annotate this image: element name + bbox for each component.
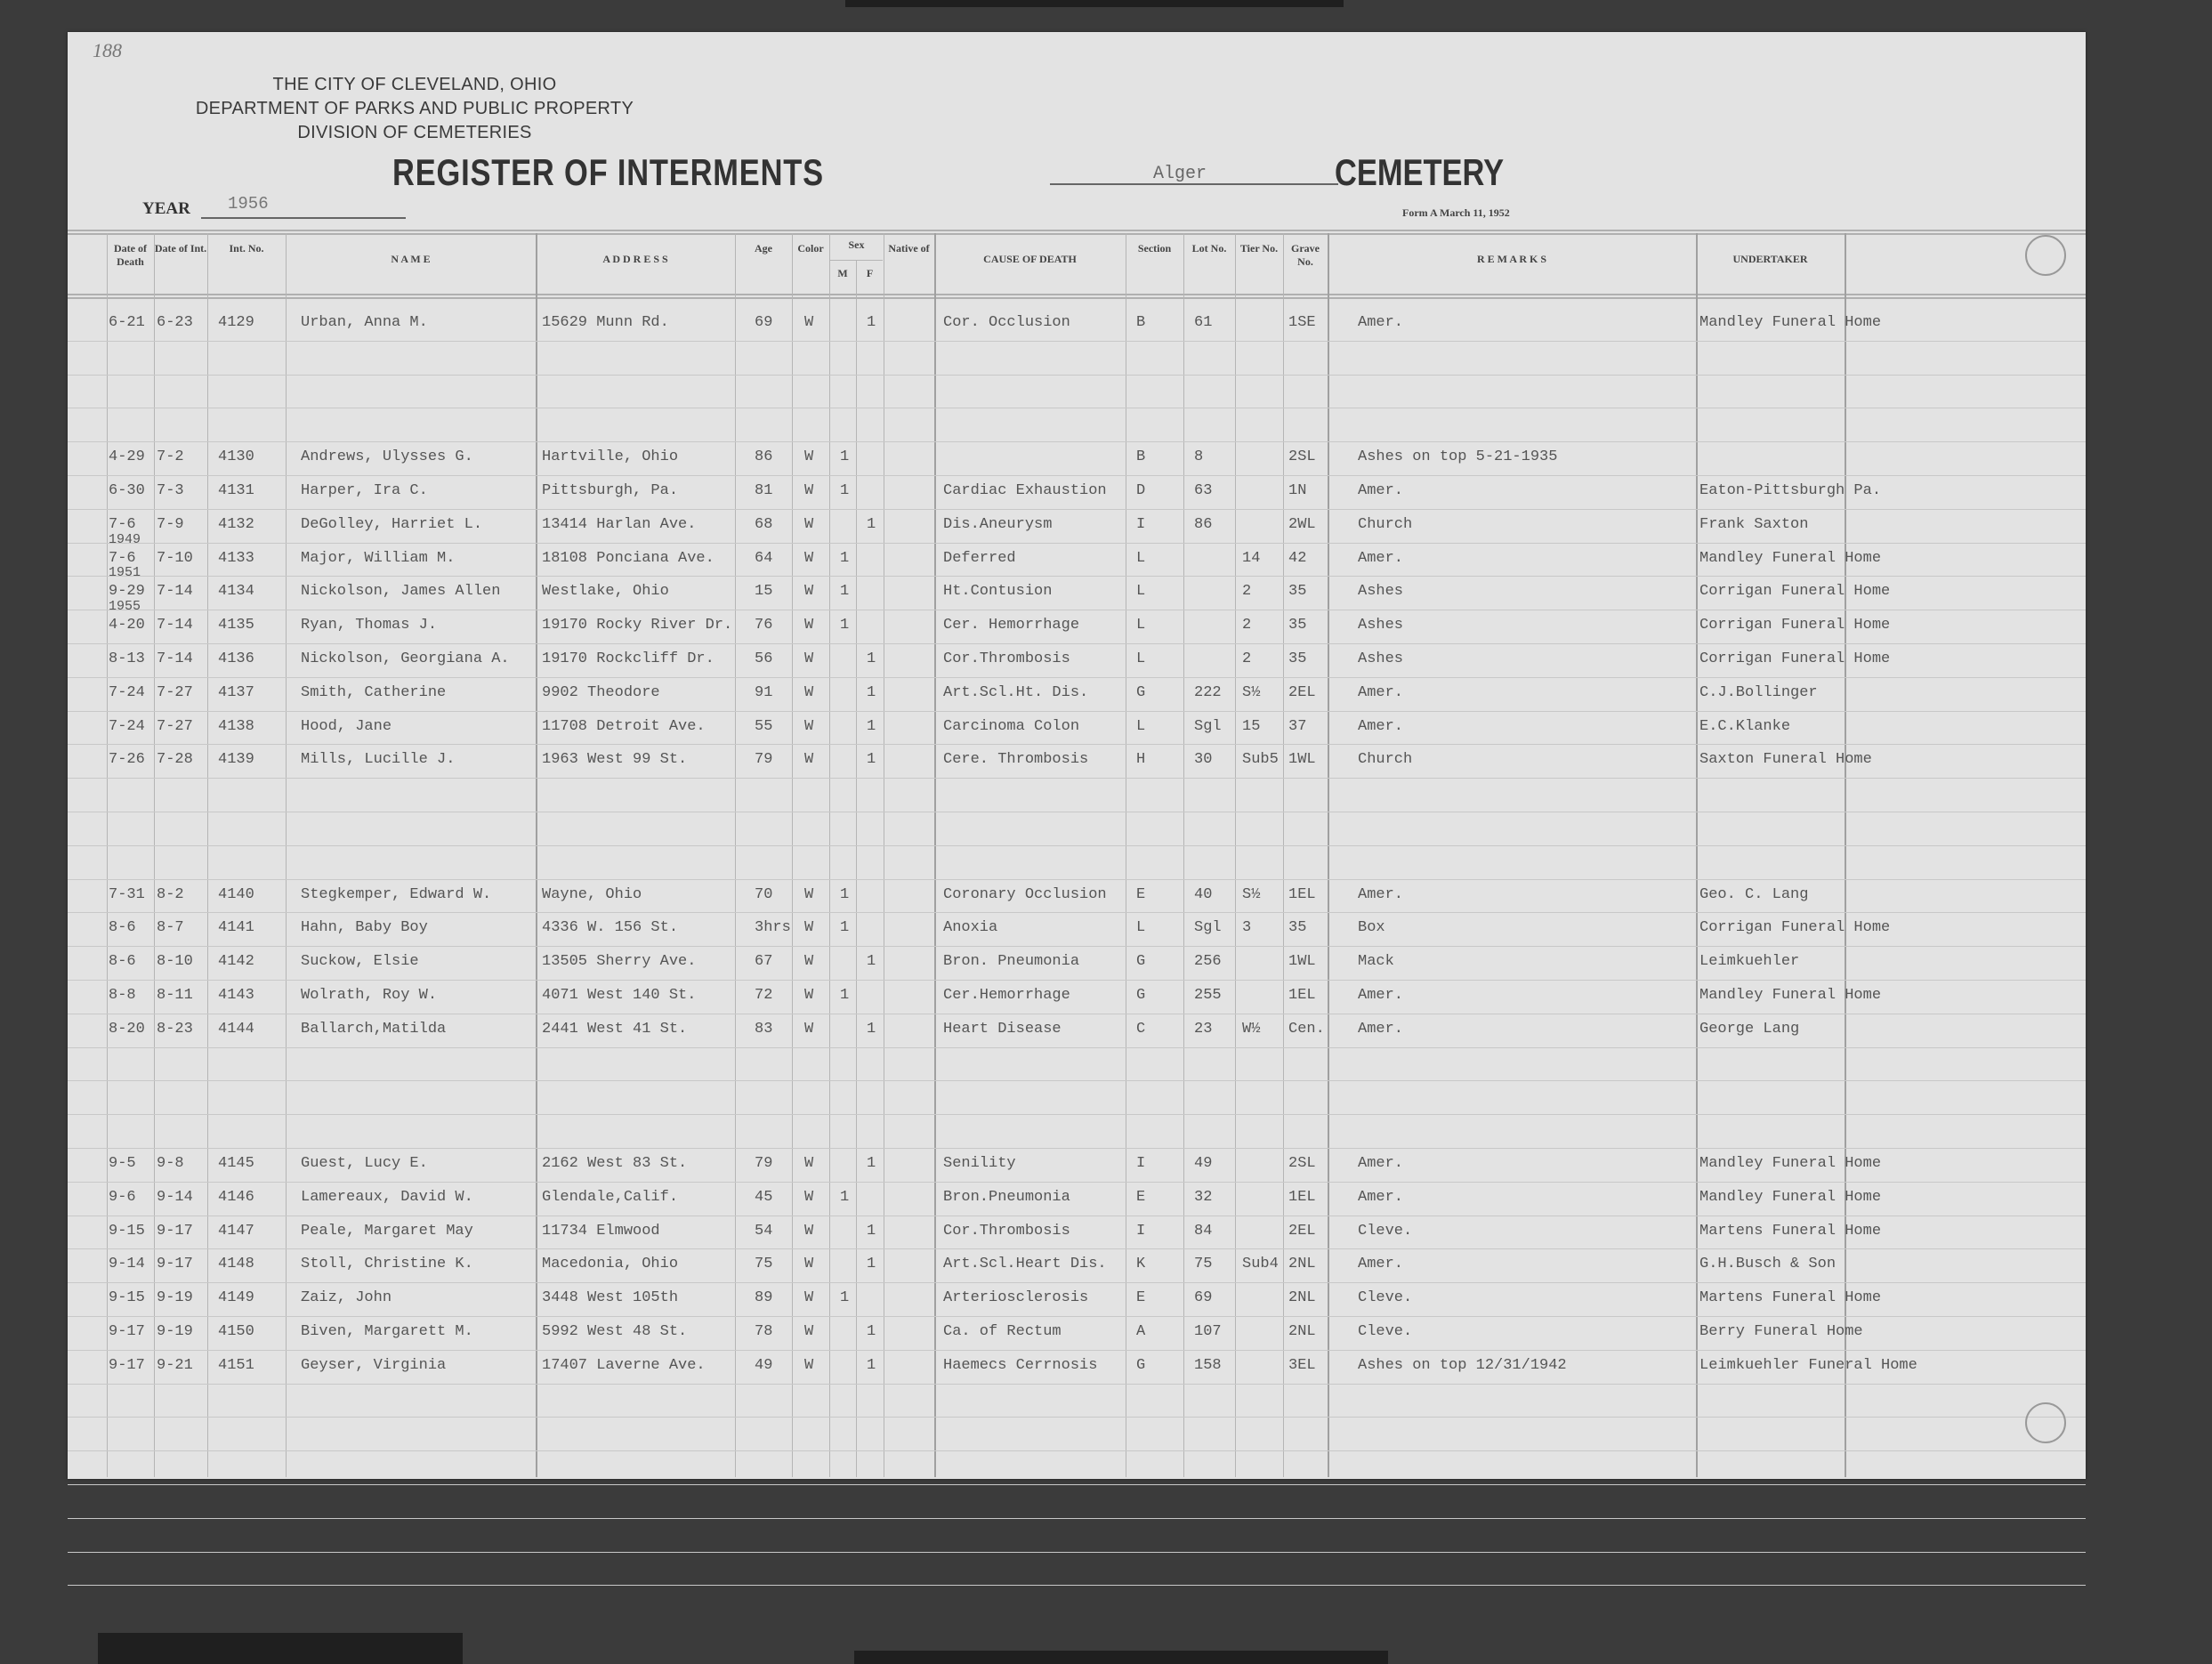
cell-name: Peale, Margaret May (301, 1223, 473, 1240)
cell-undertaker: Saxton Funeral Home (1699, 751, 1872, 768)
cell-address: Wayne, Ohio (542, 886, 642, 903)
cell-date-int: 8-11 (157, 987, 193, 1004)
cell-section: L (1136, 617, 1145, 634)
cell-grave: 35 (1288, 617, 1306, 634)
cell-int-no: 4143 (218, 987, 254, 1004)
cell-color: W (804, 751, 813, 768)
cell-address: 4071 West 140 St. (542, 987, 696, 1004)
cell-date-death: 7-24 (109, 684, 145, 701)
cell-grave: 2EL (1288, 684, 1316, 701)
cell-lot: 23 (1194, 1021, 1212, 1038)
cell-remarks: Amer. (1358, 482, 1403, 499)
cell-cause: Haemecs Cerrnosis (943, 1357, 1097, 1374)
cell-color: W (804, 482, 813, 499)
cell-name: Smith, Catherine (301, 684, 446, 701)
cell-date-death: 7-24 (109, 718, 145, 735)
cell-address: 19170 Rockcliff Dr. (542, 650, 714, 667)
cell-name: Suckow, Elsie (301, 953, 419, 970)
row-rule (68, 509, 2086, 510)
row-rule (68, 946, 2086, 947)
cell-date-death: 9-14 (109, 1256, 145, 1272)
cell-int-no: 4138 (218, 718, 254, 735)
row-rule (68, 677, 2086, 678)
year-value: 1956 (228, 194, 269, 214)
cell-color: W (804, 583, 813, 600)
cell-undertaker: Mandley Funeral Home (1699, 550, 1881, 567)
cell-age: 67 (755, 953, 772, 970)
row-rule (68, 1080, 2086, 1081)
cell-age: 75 (755, 1256, 772, 1272)
cell-undertaker: George Lang (1699, 1021, 1799, 1038)
cell-age: 76 (755, 617, 772, 634)
cell-lot: 107 (1194, 1323, 1222, 1340)
cell-color: W (804, 1223, 813, 1240)
cell-int-no: 4148 (218, 1256, 254, 1272)
cell-section: H (1136, 751, 1145, 768)
cell-date-death: 8-6 (109, 953, 136, 970)
cell-lot: 40 (1194, 886, 1212, 903)
binder-hole-top (2025, 235, 2066, 276)
column-header-section: Section (1126, 242, 1183, 255)
column-divider (154, 233, 155, 1477)
cell-undertaker: Martens Funeral Home (1699, 1289, 1881, 1306)
cell-grave: 1SE (1288, 314, 1316, 331)
column-header-sex: Sex (829, 238, 884, 252)
cell-date-death: 4-29 (109, 448, 145, 465)
cell-undertaker: Leimkuehler (1699, 953, 1799, 970)
cell-section: L (1136, 650, 1145, 667)
cell-section: A (1136, 1323, 1145, 1340)
cell-date-int: 9-17 (157, 1256, 193, 1272)
column-divider (1283, 233, 1284, 1477)
cell-int-no: 4130 (218, 448, 254, 465)
cell-int-no: 4133 (218, 550, 254, 567)
cell-date-death: 6-21 (109, 314, 145, 331)
cell-address: Macedonia, Ohio (542, 1256, 678, 1272)
cell-address: 2162 West 83 St. (542, 1155, 687, 1172)
cell-cause: Ca. of Rectum (943, 1323, 1062, 1340)
cell-int-no: 4149 (218, 1289, 254, 1306)
column-divider (536, 233, 537, 1477)
column-divider (286, 233, 287, 1477)
cell-remarks: Amer. (1358, 1155, 1403, 1172)
cell-address: 4336 W. 156 St. (542, 919, 678, 936)
cell-grave: 2SL (1288, 448, 1316, 465)
cell-lot: 255 (1194, 987, 1222, 1004)
cell-date-death-year: 1949 (109, 532, 141, 547)
cell-date-int: 9-21 (157, 1357, 193, 1374)
cell-color: W (804, 650, 813, 667)
cell-grave: 37 (1288, 718, 1306, 735)
cell-section: G (1136, 684, 1145, 701)
cell-name: Major, William M. (301, 550, 455, 567)
cell-lot: 256 (1194, 953, 1222, 970)
cell-tier: 2 (1242, 583, 1251, 600)
row-rule (68, 375, 2086, 376)
cell-int-no: 4145 (218, 1155, 254, 1172)
cell-int-no: 4137 (218, 684, 254, 701)
cell-section: B (1136, 314, 1145, 331)
cell-address: 2441 West 41 St. (542, 1021, 687, 1038)
cell-age: 86 (755, 448, 772, 465)
row-rule (68, 1450, 2086, 1451)
cell-remarks: Mack (1358, 953, 1394, 970)
cell-remarks: Church (1358, 751, 1412, 768)
cell-date-death: 9-15 (109, 1289, 145, 1306)
cell-m: 1 (840, 1189, 849, 1206)
cell-date-int: 7-2 (157, 448, 184, 465)
cell-address: 13414 Harlan Ave. (542, 516, 696, 533)
cell-address: Glendale,Calif. (542, 1189, 678, 1206)
cell-grave: 2NL (1288, 1256, 1316, 1272)
cell-tier: 3 (1242, 919, 1251, 936)
cell-lot: 49 (1194, 1155, 1212, 1172)
cell-age: 91 (755, 684, 772, 701)
row-rule (68, 1384, 2086, 1385)
row-rule (68, 475, 2086, 476)
column-header-date-death: Date of Death (107, 242, 154, 269)
cemetery-name: Alger (1153, 164, 1207, 184)
cell-name: Nickolson, James Allen (301, 583, 500, 600)
cell-section: E (1136, 1289, 1145, 1306)
row-rule (68, 1316, 2086, 1317)
cell-lot: Sgl (1194, 919, 1222, 936)
cell-grave: 1WL (1288, 751, 1316, 768)
column-divider (735, 233, 736, 1477)
cell-f: 1 (867, 1021, 876, 1038)
cell-address: Westlake, Ohio (542, 583, 669, 600)
cell-tier: S½ (1242, 684, 1260, 701)
cell-f: 1 (867, 1323, 876, 1340)
cell-remarks: Box (1358, 919, 1385, 936)
cell-section: C (1136, 1021, 1145, 1038)
column-header-name: N A M E (286, 253, 536, 266)
cell-undertaker: Mandley Funeral Home (1699, 987, 1881, 1004)
cell-color: W (804, 448, 813, 465)
cell-date-int: 9-17 (157, 1223, 193, 1240)
cell-section: E (1136, 1189, 1145, 1206)
cell-color: W (804, 516, 813, 533)
cell-remarks: Amer. (1358, 987, 1403, 1004)
row-rule (68, 812, 2086, 812)
cell-age: 78 (755, 1323, 772, 1340)
cell-undertaker: Mandley Funeral Home (1699, 314, 1881, 331)
cell-lot: 30 (1194, 751, 1212, 768)
cell-date-int: 8-7 (157, 919, 184, 936)
cell-address: 15629 Munn Rd. (542, 314, 669, 331)
row-rule (68, 610, 2086, 610)
cell-cause: Cor.Thrombosis (943, 650, 1070, 667)
column-divider (107, 233, 108, 1477)
row-rule (68, 1552, 2086, 1553)
column-divider (829, 233, 830, 1477)
cell-name: Stegkemper, Edward W. (301, 886, 491, 903)
cell-name: Zaiz, John (301, 1289, 392, 1306)
cell-cause: Cer. Hemorrhage (943, 617, 1079, 634)
cell-date-death: 7-6 (109, 516, 136, 533)
cell-int-no: 4134 (218, 583, 254, 600)
row-rule (68, 1282, 2086, 1283)
register-page: 188 THE CITY OF CLEVELAND, OHIO DEPARTME… (68, 32, 2086, 1479)
cell-date-death: 8-8 (109, 987, 136, 1004)
cell-lot: 86 (1194, 516, 1212, 533)
cell-date-int: 7-3 (157, 482, 184, 499)
cell-age: 68 (755, 516, 772, 533)
cell-int-no: 4150 (218, 1323, 254, 1340)
cell-name: Lamereaux, David W. (301, 1189, 473, 1206)
cell-f: 1 (867, 1357, 876, 1374)
row-rule (68, 711, 2086, 712)
cell-remarks: Amer. (1358, 684, 1403, 701)
column-divider (1183, 233, 1184, 1477)
cell-grave: 2SL (1288, 1155, 1316, 1172)
cell-color: W (804, 953, 813, 970)
cell-undertaker: Leimkuehler Funeral Home (1699, 1357, 1917, 1374)
cell-section: D (1136, 482, 1145, 499)
cell-cause: Cer.Hemorrhage (943, 987, 1070, 1004)
cell-address: 1963 West 99 St. (542, 751, 687, 768)
column-divider (934, 233, 936, 1477)
cell-age: 72 (755, 987, 772, 1004)
cemetery-label: CEMETERY (1335, 151, 1504, 194)
row-rule (68, 778, 2086, 779)
column-divider (856, 260, 857, 1477)
column-divider (1328, 233, 1329, 1477)
cell-date-death: 4-20 (109, 617, 145, 634)
cell-date-int: 7-27 (157, 684, 193, 701)
column-divider (207, 233, 208, 1477)
table-top-rule-2 (68, 233, 2086, 235)
cell-date-int: 6-23 (157, 314, 193, 331)
cell-name: Hahn, Baby Boy (301, 919, 428, 936)
cell-age: 83 (755, 1021, 772, 1038)
cell-date-int: 9-14 (157, 1189, 193, 1206)
cell-cause: Art.Scl.Heart Dis. (943, 1256, 1107, 1272)
cell-f: 1 (867, 718, 876, 735)
cell-int-no: 4129 (218, 314, 254, 331)
row-rule (68, 543, 2086, 544)
cell-date-death: 7-26 (109, 751, 145, 768)
cell-grave: 35 (1288, 583, 1306, 600)
cell-remarks: Ashes on top 5-21-1935 (1358, 448, 1557, 465)
cell-f: 1 (867, 751, 876, 768)
cell-date-int: 7-27 (157, 718, 193, 735)
cell-age: 45 (755, 1189, 772, 1206)
column-header-remarks: R E M A R K S (1328, 253, 1696, 266)
cell-color: W (804, 684, 813, 701)
cell-date-death: 7-31 (109, 886, 145, 903)
cell-age: 54 (755, 1223, 772, 1240)
cell-remarks: Amer. (1358, 1256, 1403, 1272)
cell-m: 1 (840, 886, 849, 903)
cell-date-death: 9-5 (109, 1155, 136, 1172)
cell-address: 11734 Elmwood (542, 1223, 660, 1240)
cell-address: 3448 West 105th (542, 1289, 678, 1306)
cell-f: 1 (867, 516, 876, 533)
row-rule (68, 576, 2086, 577)
cell-grave: 2NL (1288, 1289, 1316, 1306)
cell-grave: 35 (1288, 919, 1306, 936)
cell-undertaker: Frank Saxton (1699, 516, 1808, 533)
org-line-1: THE CITY OF CLEVELAND, OHIO (174, 75, 655, 95)
cell-date-death: 8-6 (109, 919, 136, 936)
row-rule (68, 980, 2086, 981)
cell-cause: Anoxia (943, 919, 997, 936)
cell-name: DeGolley, Harriet L. (301, 516, 482, 533)
column-header-undertaker: UNDERTAKER (1696, 253, 1845, 266)
cell-name: Mills, Lucille J. (301, 751, 455, 768)
cell-grave: 42 (1288, 550, 1306, 567)
column-header-sex-f: F (856, 267, 884, 280)
cell-lot: 61 (1194, 314, 1212, 331)
cell-address: 5992 West 48 St. (542, 1323, 687, 1340)
cell-remarks: Cleve. (1358, 1289, 1412, 1306)
cell-undertaker: C.J.Bollinger (1699, 684, 1818, 701)
cell-color: W (804, 886, 813, 903)
cell-cause: Cardiac Exhaustion (943, 482, 1107, 499)
cell-lot: 75 (1194, 1256, 1212, 1272)
cell-name: Harper, Ira C. (301, 482, 428, 499)
cell-color: W (804, 1323, 813, 1340)
cell-f: 1 (867, 953, 876, 970)
cell-lot: Sgl (1194, 718, 1222, 735)
cell-int-no: 4131 (218, 482, 254, 499)
cell-color: W (804, 1021, 813, 1038)
cell-m: 1 (840, 1289, 849, 1306)
row-rule (68, 1484, 2086, 1485)
cell-m: 1 (840, 987, 849, 1004)
cell-name: Hood, Jane (301, 718, 392, 735)
row-rule (68, 1182, 2086, 1183)
cell-cause: Arteriosclerosis (943, 1289, 1088, 1306)
cell-age: 3hrs (755, 919, 791, 936)
cell-name: Stoll, Christine K. (301, 1256, 473, 1272)
dark-strip-bottom-center (854, 1651, 1388, 1664)
row-rule (68, 643, 2086, 644)
cell-tier: 2 (1242, 617, 1251, 634)
cell-remarks: Cleve. (1358, 1223, 1412, 1240)
row-rule (68, 1518, 2086, 1519)
cell-date-death: 6-30 (109, 482, 145, 499)
cell-remarks: Ashes (1358, 583, 1403, 600)
row-rule (68, 441, 2086, 442)
form-note: Form A March 11, 1952 (1402, 206, 1510, 220)
cell-m: 1 (840, 617, 849, 634)
cell-age: 79 (755, 751, 772, 768)
cell-int-no: 4132 (218, 516, 254, 533)
cell-int-no: 4135 (218, 617, 254, 634)
cell-name: Urban, Anna M. (301, 314, 428, 331)
cell-age: 55 (755, 718, 772, 735)
cell-lot: 8 (1194, 448, 1203, 465)
cell-m: 1 (840, 482, 849, 499)
cell-section: L (1136, 550, 1145, 567)
row-rule (68, 879, 2086, 880)
cell-undertaker: Corrigan Funeral Home (1699, 617, 1890, 634)
row-rule (68, 408, 2086, 408)
row-rule (68, 744, 2086, 745)
cell-age: 69 (755, 314, 772, 331)
cell-int-no: 4146 (218, 1189, 254, 1206)
cell-grave: 1N (1288, 482, 1306, 499)
cell-age: 15 (755, 583, 772, 600)
cell-date-int: 9-19 (157, 1289, 193, 1306)
cell-age: 64 (755, 550, 772, 567)
cell-int-no: 4147 (218, 1223, 254, 1240)
cell-tier: Sub5 (1242, 751, 1279, 768)
row-rule (68, 1248, 2086, 1249)
cell-remarks: Amer. (1358, 314, 1403, 331)
page-title: REGISTER OF INTERMENTS (392, 151, 824, 194)
cell-cause: Heart Disease (943, 1021, 1062, 1038)
year-line (201, 217, 406, 219)
cell-name: Nickolson, Georgiana A. (301, 650, 510, 667)
cell-cause: Cor. Occlusion (943, 314, 1070, 331)
cell-cause: Dis.Aneurysm (943, 516, 1052, 533)
cell-tier: Sub4 (1242, 1256, 1279, 1272)
cell-age: 89 (755, 1289, 772, 1306)
cell-cause: Bron.Pneumonia (943, 1189, 1070, 1206)
cell-lot: 158 (1194, 1357, 1222, 1374)
cell-cause: Cor.Thrombosis (943, 1223, 1070, 1240)
cell-undertaker: Geo. C. Lang (1699, 886, 1808, 903)
cell-cause: Deferred (943, 550, 1016, 567)
row-rule (68, 912, 2086, 913)
cell-remarks: Amer. (1358, 718, 1403, 735)
cell-remarks: Amer. (1358, 550, 1403, 567)
cell-date-int: 7-9 (157, 516, 184, 533)
cell-lot: 63 (1194, 482, 1212, 499)
cell-age: 56 (755, 650, 772, 667)
cell-date-int: 9-8 (157, 1155, 184, 1172)
row-rule (68, 341, 2086, 342)
cell-remarks: Ashes (1358, 650, 1403, 667)
cell-date-death: 9-6 (109, 1189, 136, 1206)
cell-color: W (804, 718, 813, 735)
row-rule (68, 1216, 2086, 1216)
column-divider (1126, 233, 1126, 1477)
cell-int-no: 4139 (218, 751, 254, 768)
sex-subheader-rule (829, 260, 883, 261)
cell-f: 1 (867, 314, 876, 331)
cell-section: E (1136, 886, 1145, 903)
column-header-native: Native of (884, 242, 934, 255)
cell-grave: Cen. (1288, 1021, 1325, 1038)
cell-m: 1 (840, 448, 849, 465)
cell-undertaker: Berry Funeral Home (1699, 1323, 1863, 1340)
cell-cause: Art.Scl.Ht. Dis. (943, 684, 1088, 701)
dark-strip-top (845, 0, 1344, 7)
cell-date-death: 9-29 (109, 583, 145, 600)
cell-lot: 69 (1194, 1289, 1212, 1306)
cell-name: Biven, Margarett M. (301, 1323, 473, 1340)
cell-section: G (1136, 987, 1145, 1004)
cell-name: Geyser, Virginia (301, 1357, 446, 1374)
cell-name: Andrews, Ulysses G. (301, 448, 473, 465)
cell-f: 1 (867, 1223, 876, 1240)
column-header-tier: Tier No. (1235, 242, 1283, 255)
cell-section: L (1136, 718, 1145, 735)
cell-section: L (1136, 583, 1145, 600)
cell-undertaker: Mandley Funeral Home (1699, 1189, 1881, 1206)
cell-int-no: 4136 (218, 650, 254, 667)
cell-color: W (804, 314, 813, 331)
cell-lot: 222 (1194, 684, 1222, 701)
cell-remarks: Church (1358, 516, 1412, 533)
cell-date-int: 8-10 (157, 953, 193, 970)
cell-address: 9902 Theodore (542, 684, 660, 701)
cell-remarks: Cleve. (1358, 1323, 1412, 1340)
